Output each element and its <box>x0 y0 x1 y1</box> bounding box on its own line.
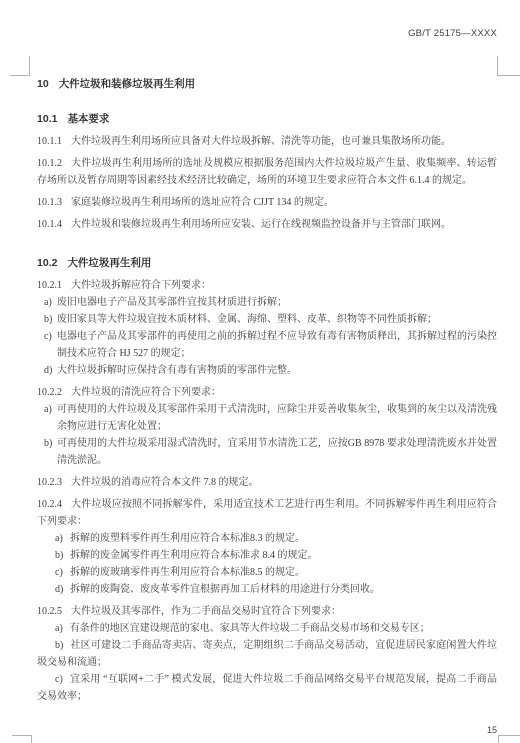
list-item: b)社区可建设二手商品寄卖店、寄卖点，定期组织二手商品交易活动，宜促进居民家庭闲… <box>37 637 497 671</box>
list-item: b)可再使用的大件垃圾采用湿式清洗时，宜采用节水清洗工艺，应按GB 8978 要… <box>37 435 497 469</box>
list-marker: a) <box>44 401 52 418</box>
document-body: 10大件垃圾和装修垃圾再生利用 10.1基本要求 10.1.1大件垃圾再生利用场… <box>37 76 497 710</box>
list-marker: b) <box>44 311 52 328</box>
crop-mark-bottom-left <box>12 735 32 743</box>
clause-10-1-1: 10.1.1大件垃圾再生利用场所应具备对大件垃圾拆解、清洗等功能，也可兼具集散场… <box>37 133 497 150</box>
clause-10-1-3: 10.1.3家庭装修垃圾再生利用场所的选址应符合 CJJT 134 的规定。 <box>37 194 497 211</box>
list-item-text: 拆解的废金属零件再生利用应符合本标准求 8.4 的规定。 <box>70 550 318 561</box>
list-marker: a) <box>55 530 63 547</box>
clause-text: 大件垃圾再生利用场所的选址及规模应根据服务范围内大件垃圾垃圾产生量、收集频率、转… <box>37 158 497 186</box>
list-marker: c) <box>55 564 63 581</box>
list-marker: d) <box>55 581 63 598</box>
clause-text: 家庭装修垃圾再生利用场所的选址应符合 CJJT 134 的规定。 <box>71 197 334 208</box>
clause-number: 10.2.2 <box>37 387 62 398</box>
list-marker: a) <box>44 294 52 311</box>
clause-number: 10.1.4 <box>37 219 62 230</box>
list-item-text: 社区可建设二手商品寄卖店、寄卖点，定期组织二手商品交易活动，宜促进居民家庭闲置大… <box>37 640 497 668</box>
list-item: b)废旧家具等大件垃圾宜按木质材料、金属、海绵、塑料、皮革、织物等不同性质拆解； <box>37 311 497 328</box>
clause-10-2-2: 10.2.2大件垃圾的清洗应符合下列要求： a)可再使用的大件垃圾及其零部件采用… <box>37 384 497 469</box>
list-item: c)电器电子产品及其零部件的再使用之前的拆解过程不应导致有毒有害物质释出，其拆解… <box>37 328 497 362</box>
list-item-text: 可再使用的大件垃圾采用湿式清洗时，宜采用节水清洗工艺，应按GB 8978 要求处… <box>57 438 497 466</box>
clause-number: 10.2.5 <box>37 606 62 617</box>
list-item: d)拆解的废陶瓷、废皮革零件宜根据再加工后材料的用途进行分类回收。 <box>37 581 497 598</box>
clause-10-2-3: 10.2.3大件垃圾的消毒应符合本文件 7.8 的规定。 <box>37 474 497 491</box>
section-number: 10.2 <box>37 257 57 269</box>
list-item-text: 大件垃圾拆解时应保持含有毒有害物质的零部件完整。 <box>57 365 297 376</box>
clause-number: 10.1.1 <box>37 136 62 147</box>
clause-text: 大件垃圾拆解应符合下列要求： <box>71 280 211 291</box>
list-item-text: 有条件的地区宜建设规范的家电、家具等大件垃圾二手商品交易市场和交易专区； <box>70 623 430 634</box>
list-marker: b) <box>55 640 63 651</box>
clause-text: 大件垃圾的消毒应符合本文件 7.8 的规定。 <box>71 477 259 488</box>
clause-number: 10.1.3 <box>37 197 62 208</box>
clause-number: 10.1.2 <box>37 158 62 169</box>
clause-number: 10.2.3 <box>37 477 62 488</box>
list-item: a)废旧电器电子产品及其零部件宜按其材质进行拆解； <box>37 294 497 311</box>
page-number: 15 <box>487 722 497 739</box>
list-item-text: 宜采用 “互联网+二手” 模式发展，促进大件垃圾二手商品网络交易平台规范发展，提… <box>37 674 497 702</box>
document-page: GB/T 25175—XXXX 10大件垃圾和装修垃圾再生利用 10.1基本要求… <box>0 0 520 743</box>
clause-10-2-5: 10.2.5大件垃圾及其零部件，作为二手商品交易时宜符合下列要求： a)有条件的… <box>37 603 497 705</box>
section-title: 基本要求 <box>67 113 109 125</box>
section-heading-10-2: 10.2大件垃圾再生利用 <box>37 255 497 272</box>
list-marker: d) <box>44 362 52 379</box>
section-number: 10.1 <box>37 113 57 125</box>
list-item-text: 电器电子产品及其零部件的再使用之前的拆解过程不应导致有毒有害物质释出，其拆解过程… <box>57 331 497 359</box>
clause-number: 10.2.1 <box>37 280 62 291</box>
list-item-text: 拆解的废塑料零件再生利用应符合本标准8.3 的规定。 <box>70 533 305 544</box>
clause-text: 大件垃圾再生利用场所应具备对大件垃圾拆解、清洗等功能，也可兼具集散场所功能。 <box>71 136 451 147</box>
section-heading-10-1: 10.1基本要求 <box>37 111 497 128</box>
list-item: b)拆解的废金属零件再生利用应符合本标准求 8.4 的规定。 <box>37 547 497 564</box>
clause-lead: 10.2.1大件垃圾拆解应符合下列要求： <box>37 277 497 294</box>
list-item: a)可再使用的大件垃圾及其零部件采用干式清洗时，应除尘并妥善收集灰尘，收集到的灰… <box>37 401 497 435</box>
clause-text: 大件垃圾应按照不同拆解零件，采用适宜技术工艺进行再生利用。不同拆解零件再生利用应… <box>37 499 497 527</box>
clause-lead: 10.2.4大件垃圾应按照不同拆解零件，采用适宜技术工艺进行再生利用。不同拆解零… <box>37 496 497 530</box>
list-marker: b) <box>44 435 52 452</box>
list-item: d)大件垃圾拆解时应保持含有毒有害物质的零部件完整。 <box>37 362 497 379</box>
list-item-text: 拆解的废陶瓷、废皮革零件宜根据再加工后材料的用途进行分类回收。 <box>70 584 380 595</box>
list-marker: a) <box>55 623 63 634</box>
list-marker: c) <box>55 674 63 685</box>
clause-10-1-2: 10.1.2大件垃圾再生利用场所的选址及规模应根据服务范围内大件垃圾垃圾产生量、… <box>37 155 497 189</box>
standard-code: GB/T 25175—XXXX <box>408 25 497 42</box>
clause-10-2-1: 10.2.1大件垃圾拆解应符合下列要求： a)废旧电器电子产品及其零部件宜按其材… <box>37 277 497 379</box>
list-marker: c) <box>44 328 52 345</box>
list-item-text: 废旧家具等大件垃圾宜按木质材料、金属、海绵、塑料、皮革、织物等不同性质拆解； <box>57 314 437 325</box>
list-item-text: 可再使用的大件垃圾及其零部件采用干式清洗时，应除尘并妥善收集灰尘，收集到的灰尘以… <box>57 404 497 432</box>
clause-lead: 10.2.5大件垃圾及其零部件，作为二手商品交易时宜符合下列要求： <box>37 603 497 620</box>
clause-text: 大件垃圾及其零部件，作为二手商品交易时宜符合下列要求： <box>71 606 341 617</box>
clause-lead: 10.2.2大件垃圾的清洗应符合下列要求： <box>37 384 497 401</box>
section-title: 大件垃圾再生利用 <box>67 257 151 269</box>
clause-number: 10.2.4 <box>37 499 62 510</box>
list-marker: b) <box>55 547 63 564</box>
crop-mark-top-right <box>497 56 520 76</box>
chapter-heading: 10大件垃圾和装修垃圾再生利用 <box>37 76 497 93</box>
list-item-text: 拆解的废玻璃零件再生利用应符合本标准8.5 的规定。 <box>70 567 305 578</box>
crop-mark-bottom-right <box>498 735 520 743</box>
list-item: a)拆解的废塑料零件再生利用应符合本标准8.3 的规定。 <box>37 530 497 547</box>
clause-text: 大件垃圾和装修垃圾再生利用场所应安装、运行在线视频监控设备并与主管部门联网。 <box>71 219 451 230</box>
clause-10-2-4: 10.2.4大件垃圾应按照不同拆解零件，采用适宜技术工艺进行再生利用。不同拆解零… <box>37 496 497 598</box>
crop-mark-top-left <box>10 56 30 76</box>
list-item: a)有条件的地区宜建设规范的家电、家具等大件垃圾二手商品交易市场和交易专区； <box>37 620 497 637</box>
chapter-number: 10 <box>37 78 49 90</box>
clause-text: 大件垃圾的清洗应符合下列要求： <box>71 387 221 398</box>
chapter-title: 大件垃圾和装修垃圾再生利用 <box>59 78 196 90</box>
list-item-text: 废旧电器电子产品及其零部件宜按其材质进行拆解； <box>57 297 287 308</box>
list-item: c)拆解的废玻璃零件再生利用应符合本标准8.5 的规定。 <box>37 564 497 581</box>
clause-10-1-4: 10.1.4大件垃圾和装修垃圾再生利用场所应安装、运行在线视频监控设备并与主管部… <box>37 216 497 233</box>
list-item: c)宜采用 “互联网+二手” 模式发展，促进大件垃圾二手商品网络交易平台规范发展… <box>37 671 497 705</box>
